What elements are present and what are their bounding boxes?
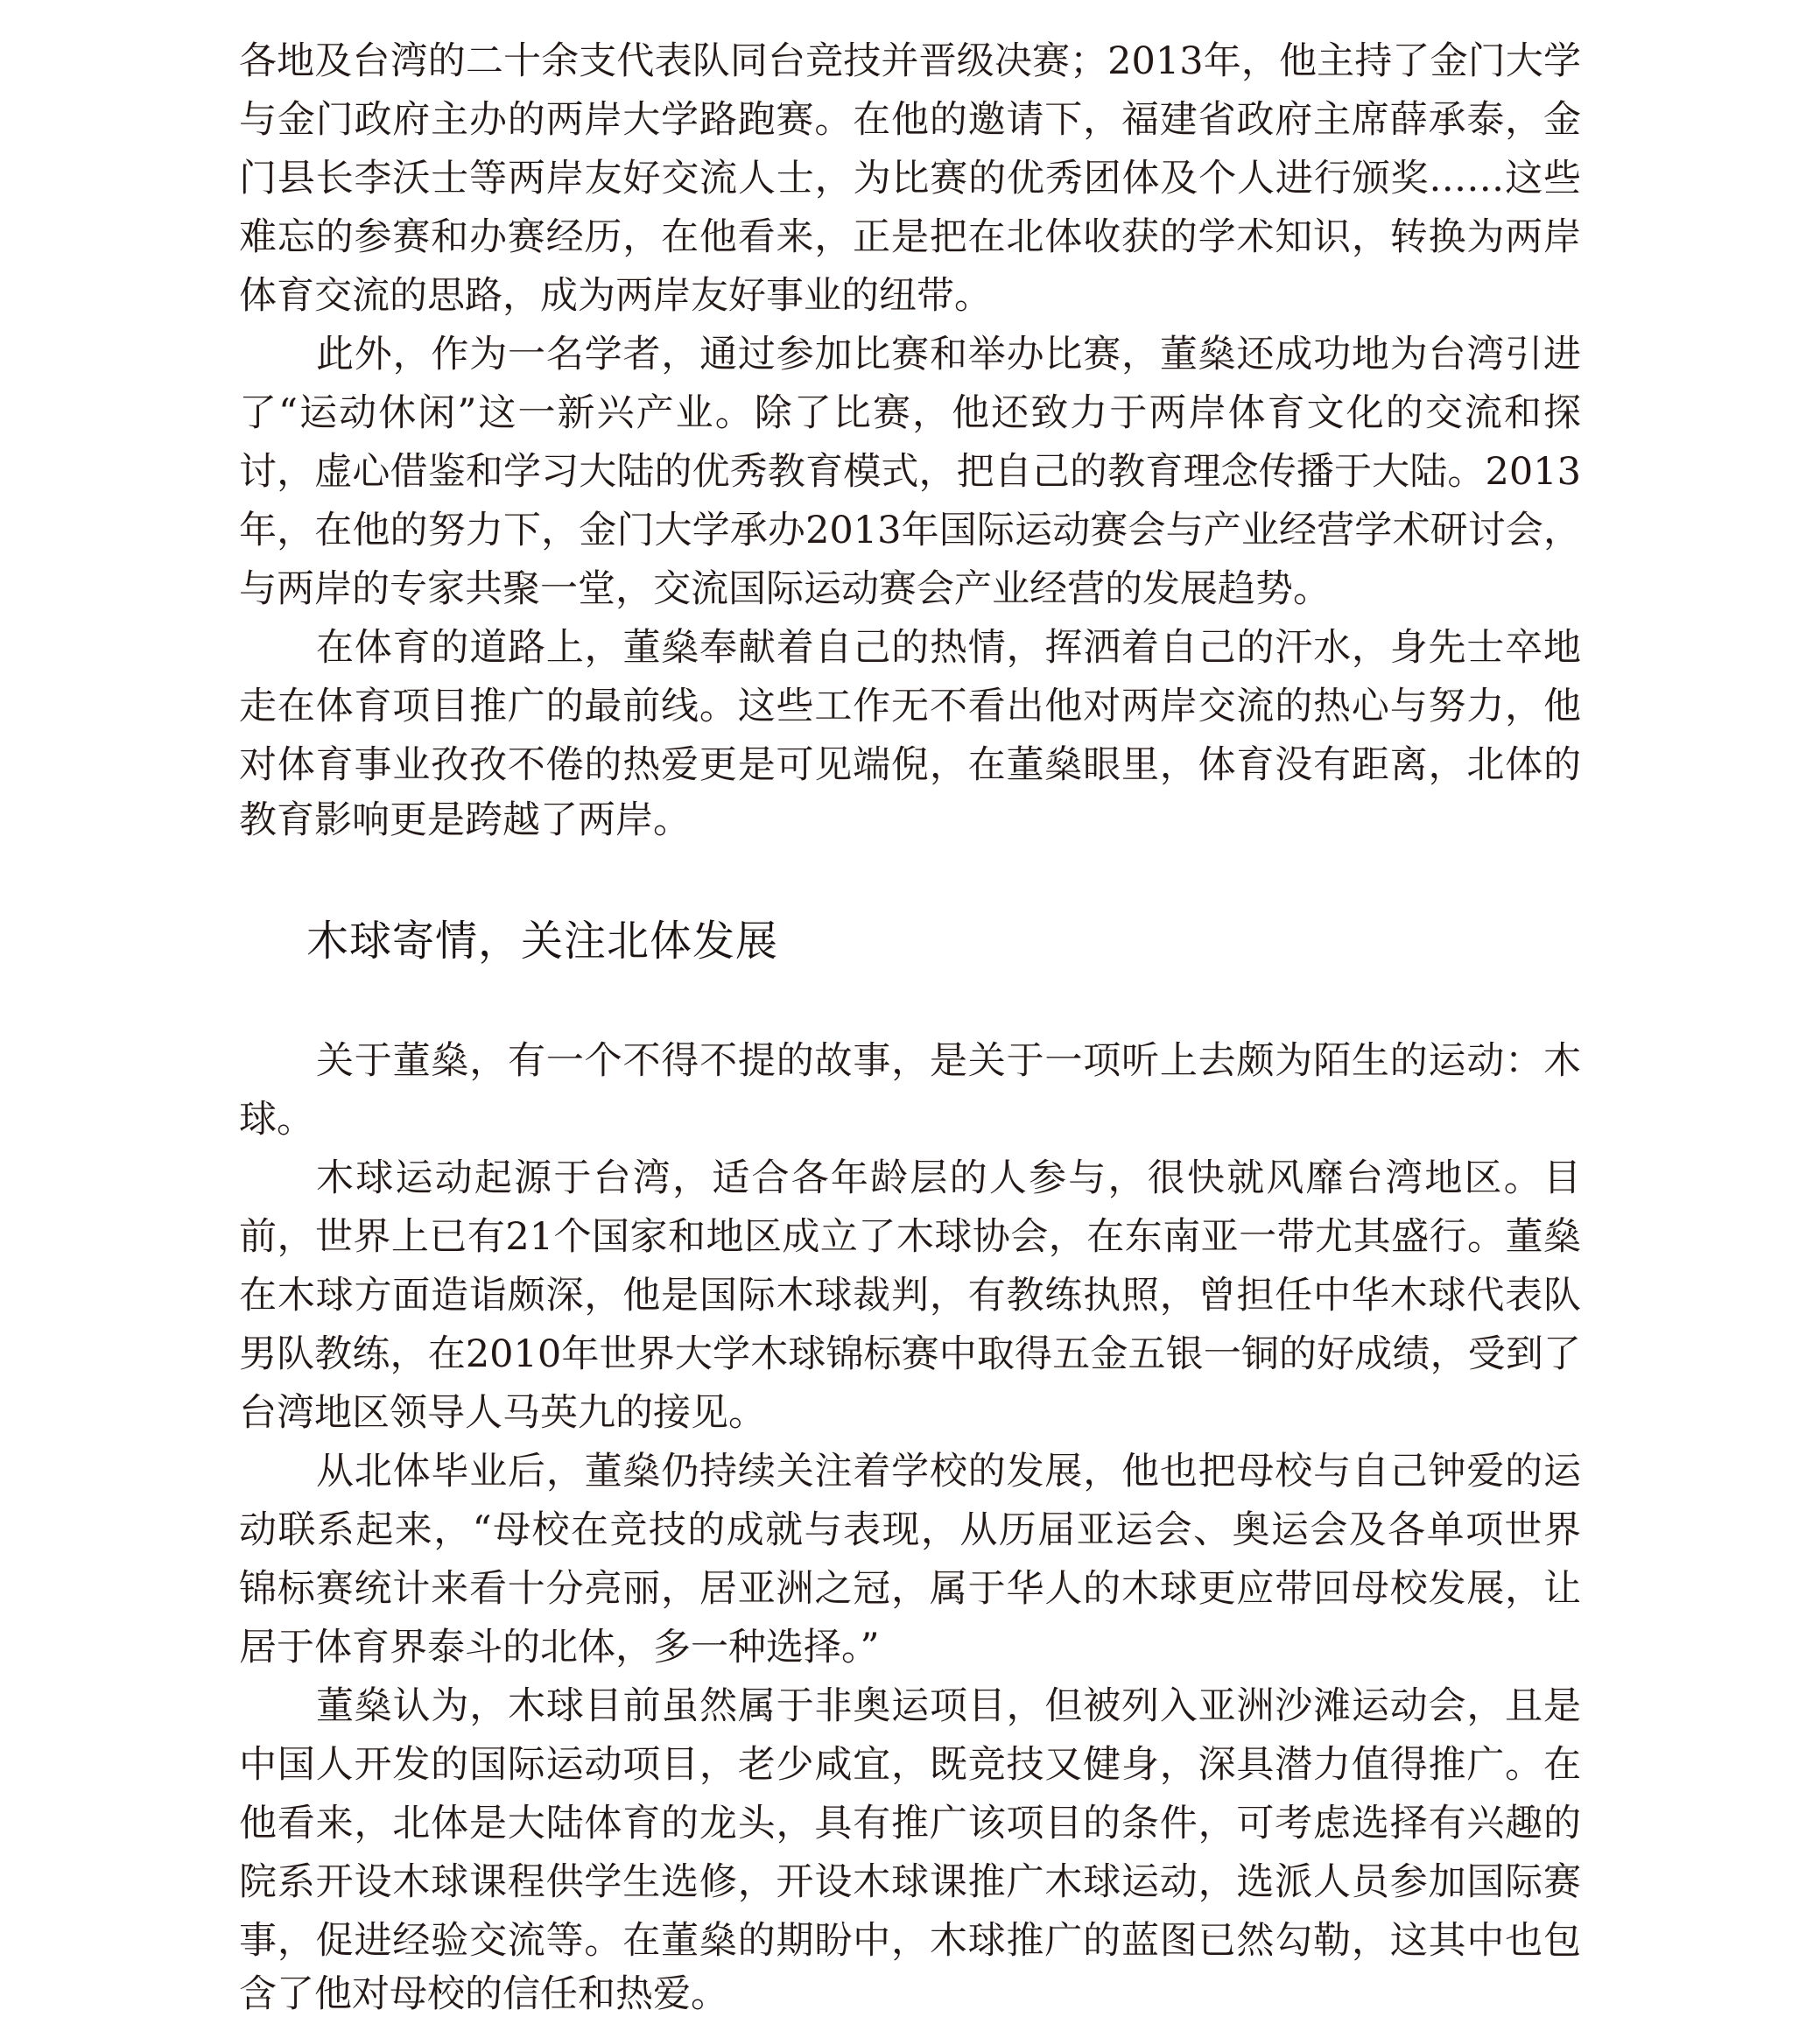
text-line: 各地及台湾的二十余支代表队同台竞技并晋级决赛；2013年，他主持了金门大学 (239, 40, 1581, 82)
paragraph-first-line: 在体育的道路上，董燊奉献着自己的热情，挥洒着自己的汗水，身先士卒地 (316, 627, 1581, 669)
text-line: 体育交流的思路，成为两岸友好事业的纽带。 (239, 275, 1581, 317)
text-line: 教育影响更是跨越了两岸。 (239, 799, 1581, 841)
text-line: 院系开设木球课程供学生选修，开设木球课推广木球运动，选派人员参加国际赛 (239, 1861, 1581, 1903)
section-heading: 木球寄情，关注北体发展 (306, 916, 778, 966)
text-line: 锦标赛统计来看十分亮丽，居亚洲之冠，属于华人的木球更应带回母校发展，让 (239, 1568, 1581, 1610)
text-line: 与金门政府主办的两岸大学路跑赛。在他的邀请下，福建省政府主席薛承泰，金 (239, 99, 1581, 141)
text-line: 年，在他的努力下，金门大学承办2013年国际运动赛会与产业经营学术研讨会， (239, 510, 1581, 552)
text-line: 前，世界上已有21个国家和地区成立了木球协会，在东南亚一带尤其盛行。董燊 (239, 1216, 1581, 1258)
text-line: 居于体育界泰斗的北体，多一种选择。” (239, 1627, 1581, 1669)
book-page: 各地及台湾的二十余支代表队同台竞技并晋级决赛；2013年，他主持了金门大学 与金… (0, 0, 1820, 2024)
text-line: 讨，虚心借鉴和学习大陆的优秀教育模式，把自己的教育理念传播于大陆。2013 (239, 451, 1581, 493)
paragraph-first-line: 此外，作为一名学者，通过参加比赛和举办比赛，董燊还成功地为台湾引进 (316, 334, 1581, 376)
paragraph-first-line: 从北体毕业后，董燊仍持续关注着学校的发展，他也把母校与自己钟爱的运 (316, 1451, 1581, 1493)
text-line: 男队教练，在2010年世界大学木球锦标赛中取得五金五银一铜的好成绩，受到了 (239, 1333, 1581, 1375)
text-line: 难忘的参赛和办赛经历，在他看来，正是把在北体收获的学术知识，转换为两岸 (239, 216, 1581, 258)
text-line: 球。 (239, 1099, 1581, 1141)
text-line: 含了他对母校的信任和热爱。 (239, 1973, 1581, 2015)
paragraph-first-line: 关于董燊，有一个不得不提的故事，是关于一项听上去颇为陌生的运动：木 (316, 1040, 1581, 1082)
text-line: 与两岸的专家共聚一堂，交流国际运动赛会产业经营的发展趋势。 (239, 568, 1581, 610)
paragraph-first-line: 董燊认为，木球目前虽然属于非奥运项目，但被列入亚洲沙滩运动会，且是 (316, 1685, 1581, 1727)
text-line: 事，促进经验交流等。在董燊的期盼中，木球推广的蓝图已然勾勒，这其中也包 (239, 1920, 1581, 1962)
text-line: 中国人开发的国际运动项目，老少咸宜，既竞技又健身，深具潜力值得推广。在 (239, 1744, 1581, 1786)
text-line: 动联系起来，“母校在竞技的成就与表现，从历届亚运会、奥运会及各单项世界 (239, 1509, 1581, 1551)
text-line: 对体育事业孜孜不倦的热爱更是可见端倪，在董燊眼里，体育没有距离，北体的 (239, 744, 1581, 786)
text-line: 了“运动休闲”这一新兴产业。除了比赛，他还致力于两岸体育文化的交流和探 (239, 392, 1581, 434)
text-line: 门县长李沃士等两岸友好交流人士，为比赛的优秀团体及个人进行颁奖……这些 (239, 158, 1581, 200)
text-line: 台湾地区领导人马英九的接见。 (239, 1392, 1581, 1434)
text-line: 他看来，北体是大陆体育的龙头，具有推广该项目的条件，可考虑选择有兴趣的 (239, 1803, 1581, 1845)
text-line: 走在体育项目推广的最前线。这些工作无不看出他对两岸交流的热心与努力，他 (239, 685, 1581, 727)
text-line: 在木球方面造诣颇深，他是国际木球裁判，有教练执照，曾担任中华木球代表队 (239, 1275, 1581, 1317)
paragraph-first-line: 木球运动起源于台湾，适合各年龄层的人参与，很快就风靡台湾地区。目 (316, 1157, 1581, 1199)
